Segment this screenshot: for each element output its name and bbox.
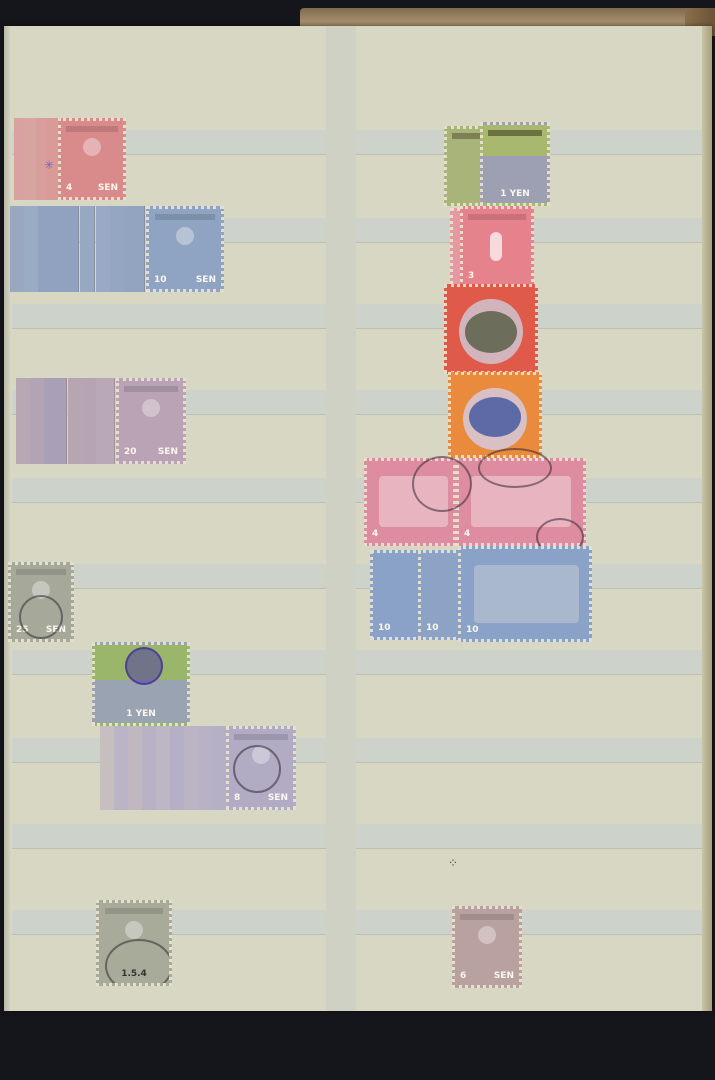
- stamp-10sen-commemorative: 10: [458, 546, 592, 642]
- stamp-pair-1yen: 1 YEN: [444, 126, 554, 208]
- stockbook-strip: [356, 650, 702, 675]
- stamp-10sen: 10SEN: [146, 206, 224, 292]
- stamp-20sen: 20SEN: [116, 378, 186, 464]
- stamp-4sen: 4SEN: [58, 118, 126, 200]
- stamp-25sen: 25SEN: [8, 562, 74, 642]
- stockbook-strip: [356, 738, 702, 763]
- page-right-edge: [702, 26, 712, 1011]
- stamp-stack-20sen: 20SEN: [16, 378, 186, 464]
- stamp-wedding-red: [444, 284, 538, 374]
- stamp-wedding-orange: [448, 372, 542, 458]
- ink-spot: ⁘: [448, 856, 458, 870]
- stamp-3sen: 3: [460, 206, 534, 288]
- stockbook-strip: [356, 910, 702, 935]
- stamp-1yen-green: 1 YEN: [92, 642, 190, 726]
- stamp-cancelled-grey: 1.5.4: [96, 900, 172, 986]
- stamp-stack-4sen: 4SEN ✳: [14, 118, 124, 200]
- stockbook-page: 4SEN ✳ 10SEN 20SEN 25SEN 1 YEN 8: [4, 26, 712, 1011]
- stamp-stack-8sen: 8SEN: [100, 726, 296, 810]
- stamp-stack-10sen: 10SEN: [10, 206, 226, 292]
- stamp-pair-3sen: 3: [450, 208, 536, 290]
- stamp-strip-10sen-commemorative: 10 10 10: [370, 546, 592, 642]
- stockbook-strip: [12, 304, 326, 329]
- stockbook-strip: [12, 478, 326, 503]
- stamp-1yen-olive: 1 YEN: [480, 122, 550, 206]
- stamp-6sen: 6SEN: [452, 906, 522, 988]
- stockbook-strip: [12, 824, 326, 849]
- center-gutter: [326, 26, 356, 1011]
- stamp-pair-4sen-commemorative: 4 4: [364, 458, 586, 546]
- stockbook-strip: [356, 824, 702, 849]
- page-left-edge: [4, 26, 10, 1011]
- stamp-8sen: 8SEN: [226, 726, 296, 810]
